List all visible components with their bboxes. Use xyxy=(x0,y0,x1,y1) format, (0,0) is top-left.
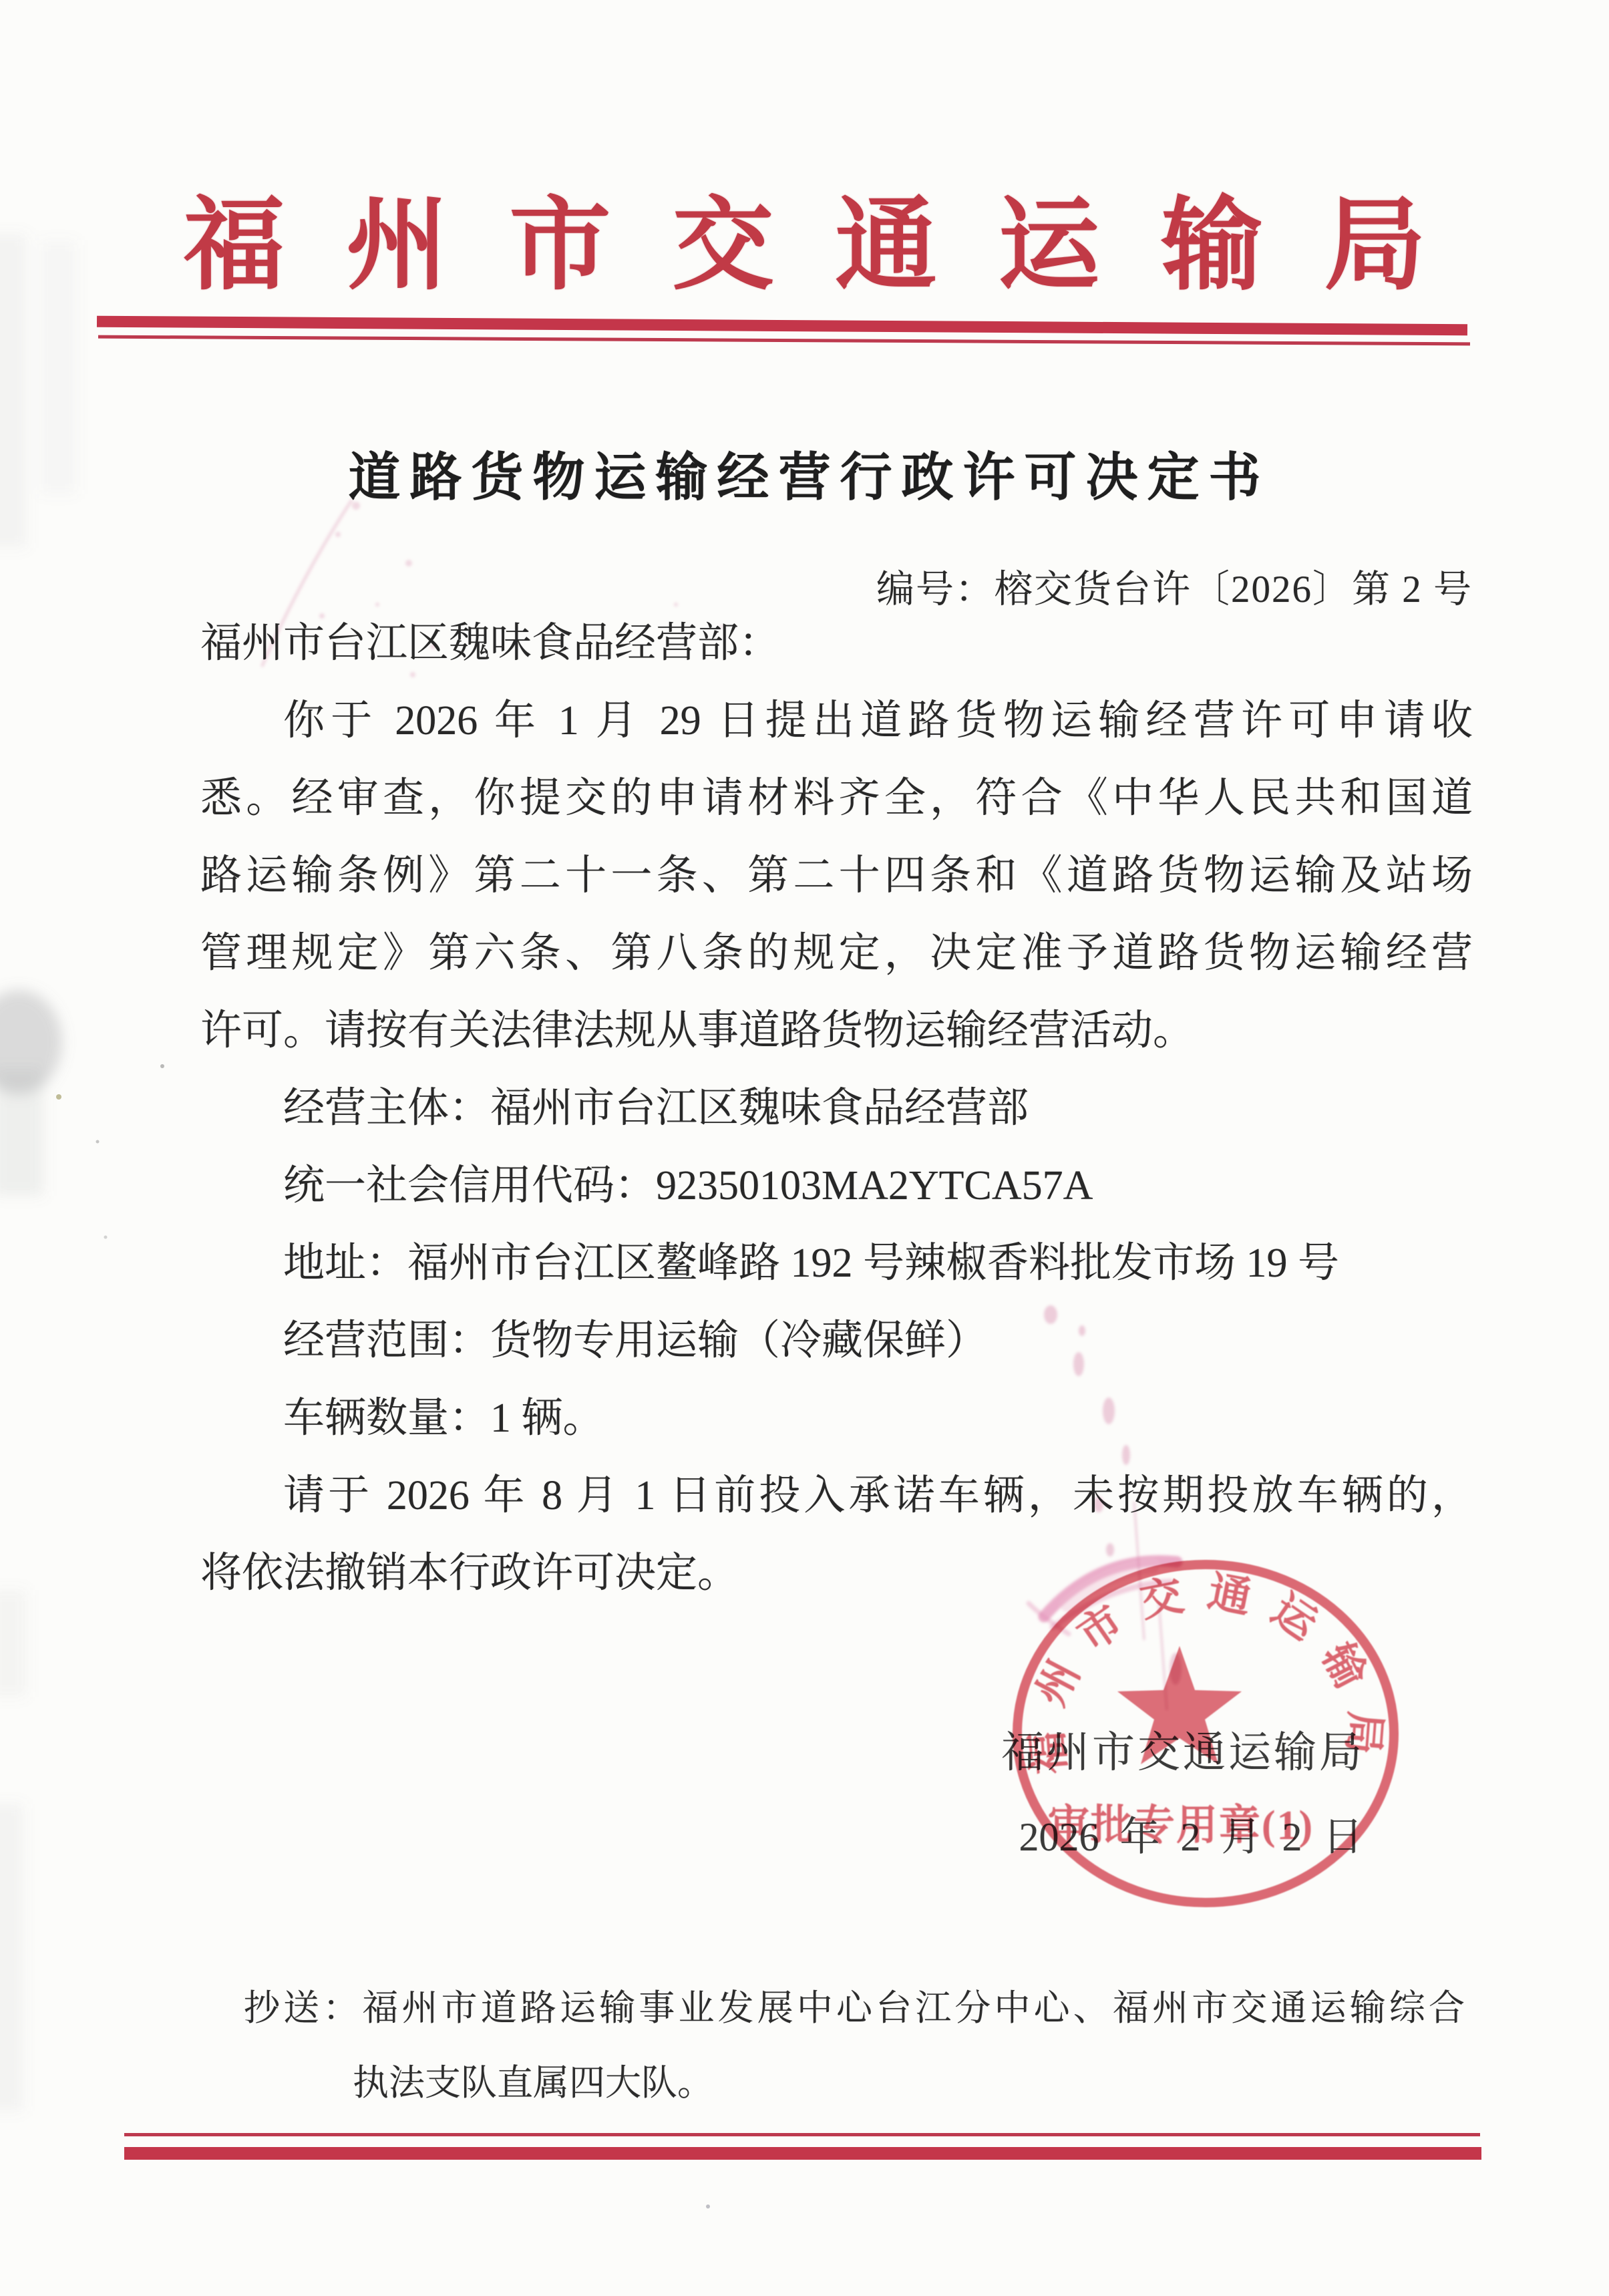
left-edge-scan-shadows xyxy=(0,234,77,2111)
signature-date: 2026 年 2 月 2 日 xyxy=(991,1805,1391,1862)
signature-agency: 福州市交通运输局 xyxy=(982,1718,1383,1780)
body-line: 地址：福州市台江区鳌峰路 192 号辣椒香料批发市场 19 号 xyxy=(200,1224,1473,1302)
footer-rule-thick xyxy=(124,2147,1481,2160)
body-line: 悉。经审查，你提交的申请材料齐全，符合《中华人民共和国道 xyxy=(200,760,1473,837)
body-line: 你于 2026 年 1 月 29 日提出道路货物运输经营许可申请收 xyxy=(200,682,1473,760)
body-line: 福州市台江区魏味食品经营部： xyxy=(200,605,1473,682)
body-line: 路运输条例》第二十一条、第二十四条和《道路货物运输及站场 xyxy=(200,837,1473,915)
body-line: 统一社会信用代码：92350103MA2YTCA57A xyxy=(200,1147,1473,1224)
letterhead-rule-thin xyxy=(98,335,1470,346)
body-line: 经营范围：货物专用运输（冷藏保鲜） xyxy=(200,1302,1473,1379)
body-line: 经营主体：福州市台江区魏味食品经营部 xyxy=(200,1070,1473,1147)
scanned-document-page: 福州市交通运输局 道路货物运输经营行政许可决定书 编号：榕交货台许〔2026〕第… xyxy=(0,0,1609,2296)
body-line: 请于 2026 年 8 月 1 日前投入承诺车辆，未按期投放车辆的， xyxy=(200,1457,1473,1534)
body-line: 车辆数量：1 辆。 xyxy=(200,1379,1473,1457)
document-body: 福州市台江区魏味食品经营部： 你于 2026 年 1 月 29 日提出道路货物运… xyxy=(200,605,1473,1612)
letterhead-rule-thick xyxy=(97,316,1467,336)
body-line: 管理规定》第六条、第八条的规定，决定准予道路货物运输经营 xyxy=(200,915,1473,992)
cc-line: 执法支队直属四大队。 xyxy=(353,2045,1465,2120)
letterhead-agency-name: 福州市交通运输局 xyxy=(0,195,1609,297)
document-title: 道路货物运输经营行政许可决定书 xyxy=(0,449,1609,506)
body-line: 许可。请按有关法律法规从事道路货物运输经营活动。 xyxy=(200,992,1473,1070)
cc-paragraph: 抄送：福州市道路运输事业发展中心台江分中心、福州市交通运输综合 执法支队直属四大… xyxy=(244,1971,1465,2120)
cc-line: 抄送：福州市道路运输事业发展中心台江分中心、福州市交通运输综合 xyxy=(244,1971,1465,2045)
footer-rule-thin xyxy=(124,2133,1480,2136)
